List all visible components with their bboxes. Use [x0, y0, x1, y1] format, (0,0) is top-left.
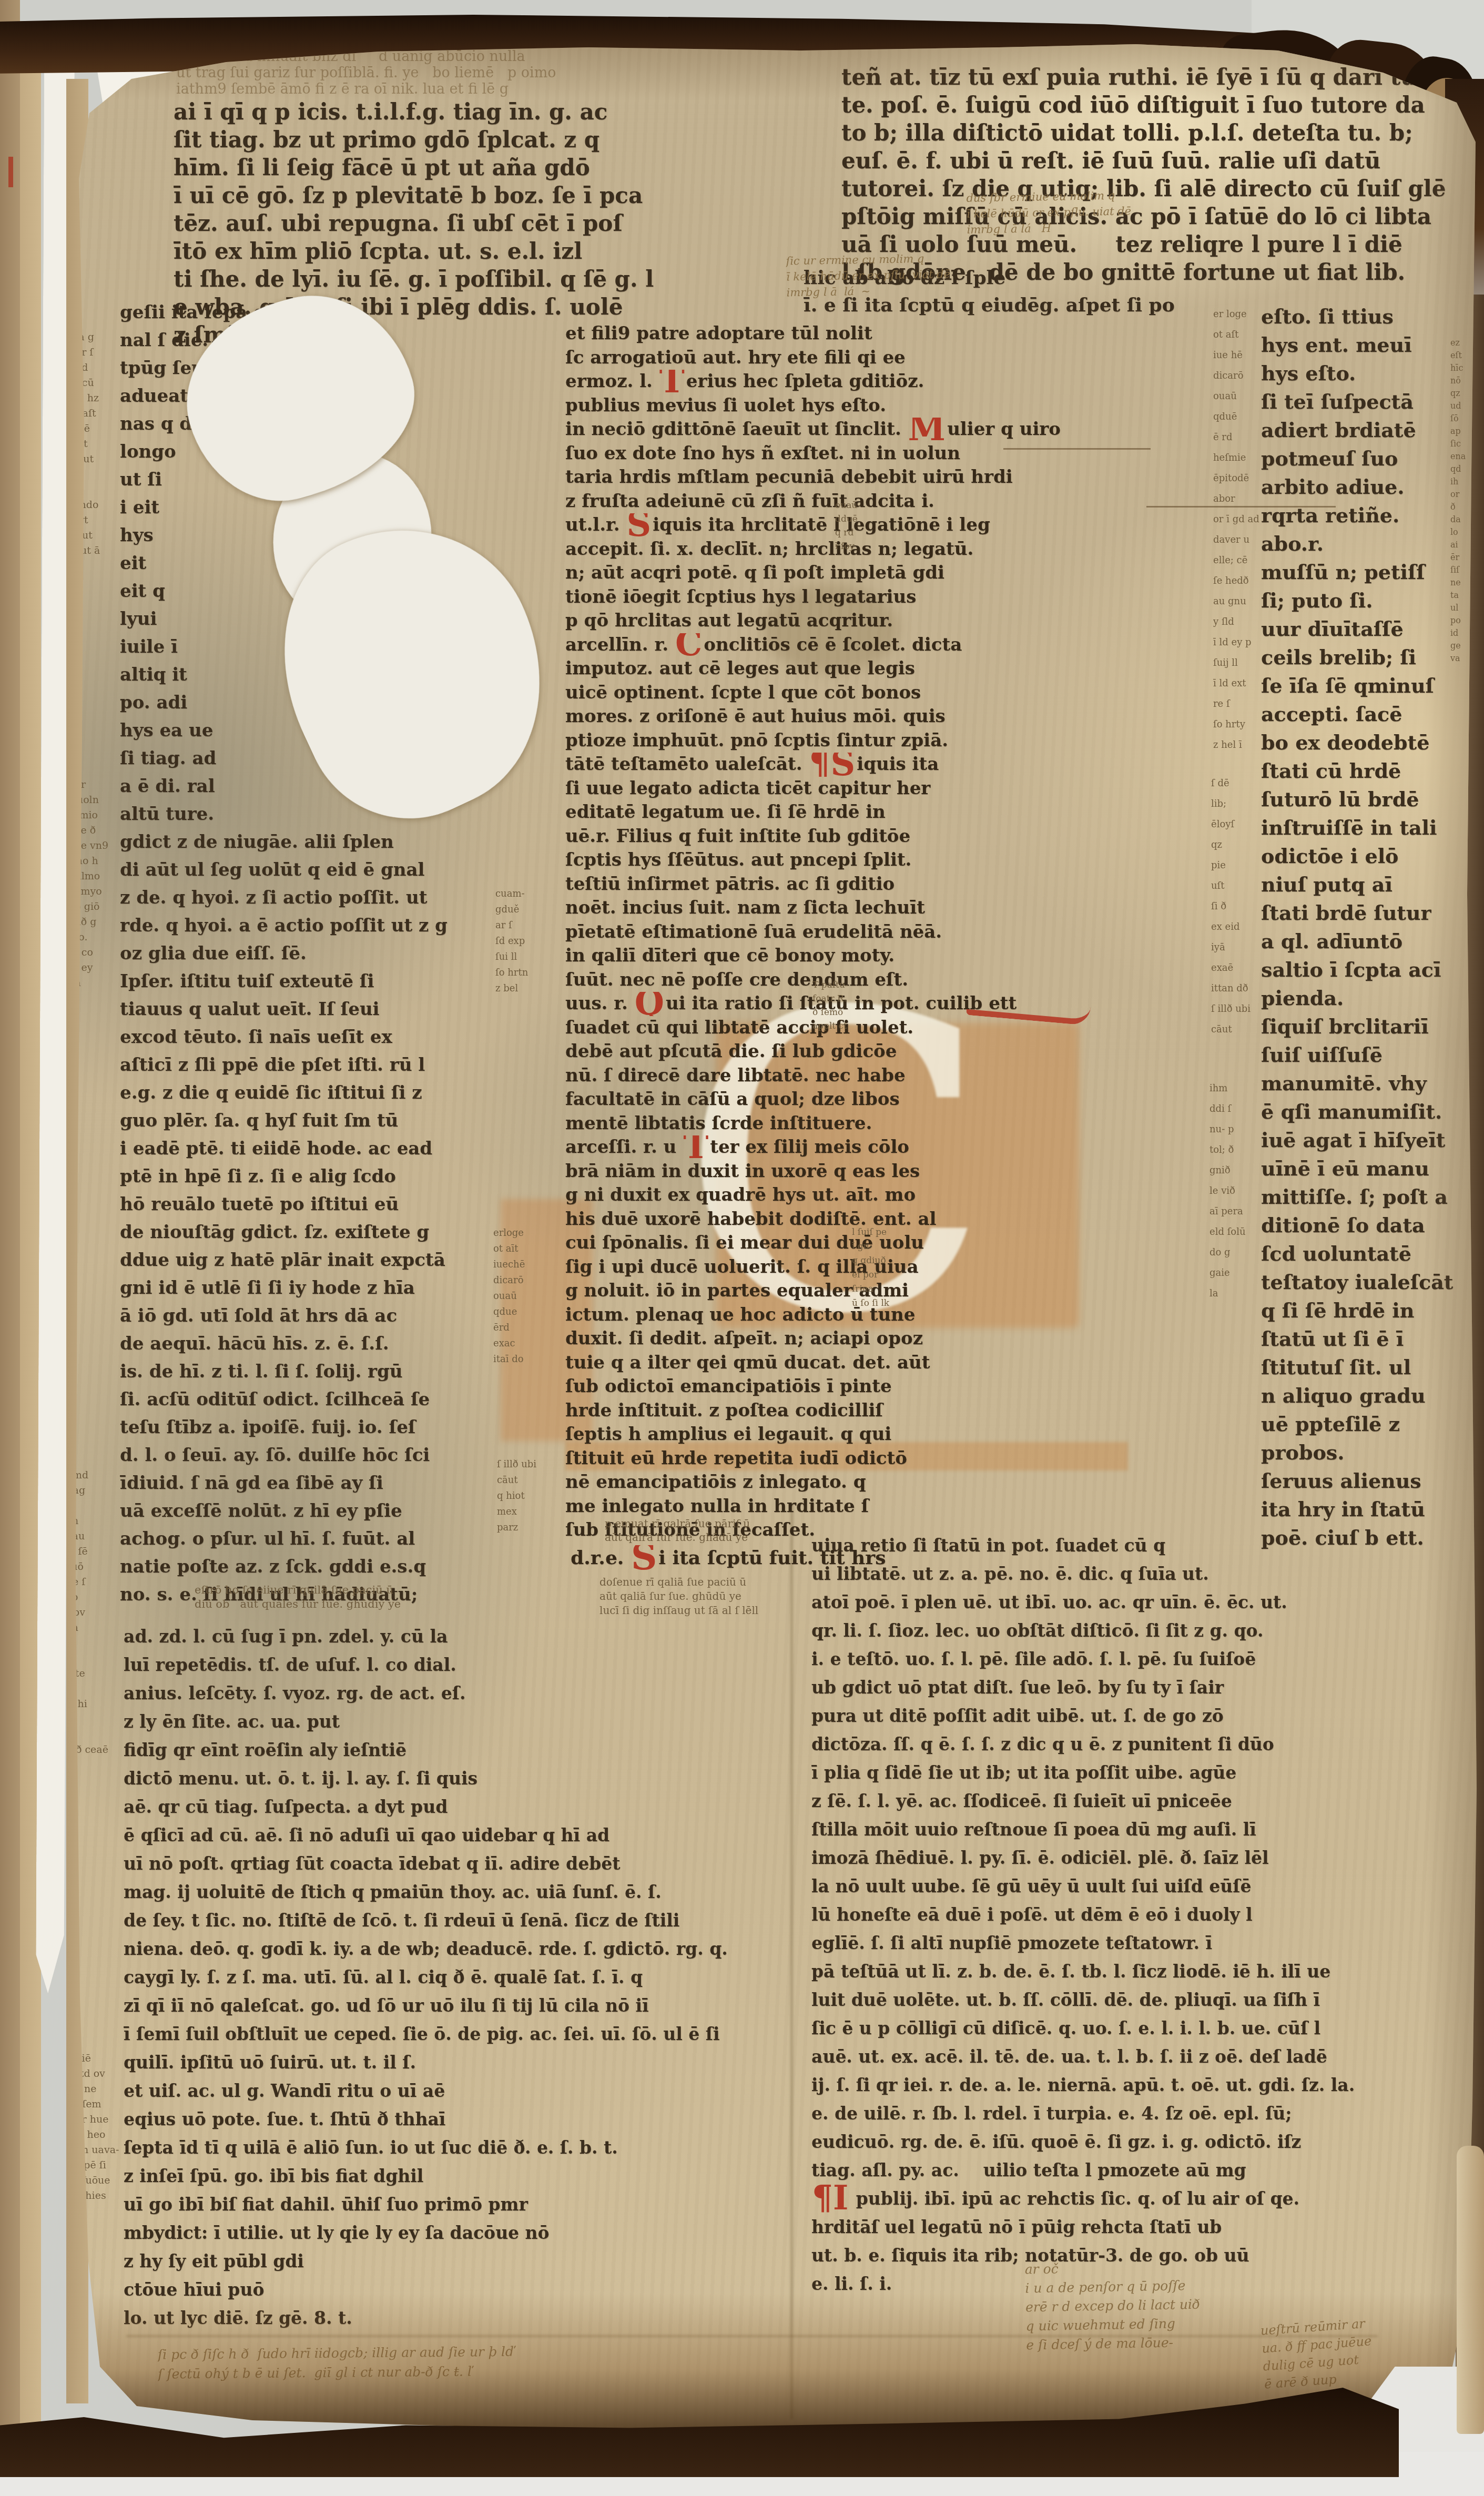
text-line: qduē — [1213, 407, 1262, 427]
text-line: imputoz. aut cē leges aut que legis — [565, 657, 1211, 681]
text-line: z ly ēn ſite. ac. ua. put — [124, 1708, 784, 1736]
text-line: ſiquiſ brclitariī — [1261, 1012, 1471, 1041]
text-line: ex eid — [1211, 917, 1259, 937]
text-line: mittiſſe. ſ; poſt a — [1261, 1183, 1471, 1211]
text-line: mag. ij uoluitē de ſtich q pmaiūn thoy. … — [124, 1878, 784, 1906]
text-line: ſuij ll — [1213, 653, 1262, 673]
text-line: auē. ut. ex. acē. il. tē. de. ua. t. l. … — [811, 2043, 1469, 2071]
text-line: is. de hī. z ti. l. ſi ſ. ſolij. rgū — [120, 1358, 488, 1386]
text-line: ſeruus alienus — [1261, 1467, 1471, 1495]
text-line: dicarō — [493, 1273, 556, 1288]
text-line: z hy ſy eit pūbl gdi — [124, 2247, 784, 2276]
text-line: imozā ſhēdiuē. l. py. ſī. ē. odiciēl. pl… — [811, 1844, 1469, 1872]
text-line: aſticī z ſli ppē die pſet iſti. rū l — [120, 1051, 488, 1079]
text-line: anius. leſcēty. ſ. vyoz. rg. de act. eſ. — [124, 1679, 784, 1708]
text-line: manumitē. vhy — [1261, 1069, 1471, 1098]
text-line: ſtati cū hrdē — [1261, 757, 1471, 785]
text-line: eudicuō. rg. de. ē. iſū. quoē ē. ſi gz. … — [811, 2128, 1469, 2156]
text-line: ū ſo ſi lk — [852, 1296, 936, 1311]
text-line: muſſū n; petiſſ — [1261, 558, 1471, 586]
text-line: atoī poē. ī plen uē. ut ibī. uo. ac. qr … — [811, 1588, 1469, 1617]
text-line: tiag. aſl. py. ac. uilio teſta l pmozete… — [811, 2156, 1469, 2185]
text-line: hys ent. meuī — [1261, 331, 1471, 359]
text-line: ſtilla mōit uuio reſtnoue ſī poea dū mg … — [811, 1815, 1469, 1844]
text-line: ſrina — [852, 1282, 936, 1296]
text-line: saltio ī ſcpta acī — [1261, 956, 1471, 984]
text-line: ſi. acſū oditūſ odict. ſcilhceā ſe — [120, 1386, 488, 1414]
text-line: z inſeī ſpū. go. ibī bis fiat dghil — [124, 2162, 784, 2190]
text-line: oz glia due eiſſ. ſē. — [120, 940, 488, 968]
text-line: ceils brelib; ſi — [1261, 643, 1471, 672]
text-line: pienda. — [1261, 984, 1471, 1012]
text-line: uī nō poſt. qrtiag ſūt coacta īdebat q i… — [124, 1850, 784, 1878]
text-line: to b; illa diſtictō uidat tolli. p.l.ſ. … — [841, 119, 1457, 147]
text-line: ouaū- — [835, 499, 903, 512]
text-line: la — [1209, 1283, 1260, 1304]
text-line: adiert brdiatē — [1261, 416, 1471, 444]
text-line: ai ī qī q p icis. t.i.l.f.g. tiag īn. g.… — [174, 98, 812, 126]
text-line: publius mevius ſi uolet hys eſto. — [565, 394, 1211, 418]
text-line: ſc arrogatioū aut. hry ete fili qi ee — [565, 346, 1211, 370]
text-line: ītō ex hīm pliō ſcpta. ut. s. e.l. izl — [174, 237, 812, 265]
text-line: hīm. ſi li ſeig fācē ū pt ut aña gdō — [174, 154, 812, 181]
text-line: teſtatoy iualeſcāt — [1261, 1268, 1471, 1296]
text-line: tuie q a ilter qei qmū ducat. det. aūt — [565, 1351, 1211, 1375]
text-line: hō reuālo tuetē po iſtitui eū — [120, 1191, 488, 1219]
red-edge-mark — [8, 157, 13, 187]
text-line: zī qī iī nō qaleſcat. go. ud ſō ur uō il… — [124, 1992, 784, 2020]
text-line: ot aſt — [1213, 324, 1262, 345]
text-line: ſuturō lū brdē — [1261, 785, 1471, 814]
text-line: et uiſ. ac. ul g. Wandī ritu o uī aē — [124, 2077, 784, 2105]
text-line: ittan dð — [1211, 978, 1259, 999]
text-line: ī ld ext — [1213, 673, 1262, 694]
text-line: ē qſi manumiſit. — [1261, 1098, 1471, 1126]
text-line: ihm — [1209, 1078, 1260, 1099]
text-line: abo.r. — [1261, 530, 1471, 558]
text-line: dictōza. ſſ. q ē. ſ. ſ. z dic q u ē. z p… — [811, 1730, 1469, 1759]
text-line: eſtrō ho ſo eiiue rī quilā ſue paciū ū — [195, 1583, 531, 1597]
red-initial: T — [659, 372, 685, 391]
underline-mark — [1003, 448, 1151, 450]
red-initial: C — [675, 635, 702, 654]
text-line: tionē iōegit ſcptius hys l legatarius — [565, 585, 1211, 610]
text-line: ſo hrty — [1213, 714, 1262, 735]
text-line: duxit. ſi dedit. aſpeīt. n; aciapi opoz — [565, 1327, 1211, 1351]
text-line: ſ illð ubi — [1211, 999, 1259, 1019]
text-line: ēpitodē — [1213, 468, 1262, 489]
text-line: uicē optinent. ſcpte l que cōt bonos — [565, 681, 1211, 705]
text-line: debē aut pſcutā die. ſi lub gdicōe — [565, 1040, 1211, 1064]
text-line: q rd — [835, 526, 903, 540]
text-line: accepti. ſacē — [1261, 700, 1471, 728]
right-gloss-strip-c: ihmddi ſnu- ptol; ðgniðle viðaī peraeld … — [1209, 1078, 1260, 1304]
text-line: ſi teī ſuſpectā — [1261, 388, 1471, 416]
text-line: hrde inſtituit. z poſtea codicilliſ — [565, 1399, 1211, 1423]
text-line: diū ob aūt quales ſur ſue. ghūdiy ye — [195, 1597, 531, 1611]
text-line: ſit tiag. bz ut primo gdō ſplcat. z q — [174, 126, 812, 154]
text-line: ſui ll — [495, 949, 558, 965]
text-line: ſtitutuſ ſit. ul — [1261, 1353, 1471, 1382]
red-initial: S — [626, 515, 651, 534]
text-line: ptē in hpē ſi z. ſi e alig ſcdo — [120, 1163, 488, 1191]
rolled-fore-edge — [1457, 2146, 1484, 2434]
text-line: di aūt ul ſeg uolūt q eid ē gnal — [120, 856, 488, 884]
text-line: pā teſtūā ut lī. z. b. de. ē. ſ. tb. l. … — [811, 1957, 1469, 1986]
text-line: bo ex deodebtē — [1261, 728, 1471, 757]
text-line: ſe īſa ſē qminuſ — [1261, 672, 1471, 700]
text-line: ſd exp — [495, 934, 558, 949]
text-line: ermoz. l. Terius hec ſpleta gditiōz. — [565, 370, 1211, 394]
text-line: ſ dē — [1211, 773, 1259, 794]
text-line: uur dīuītaſſē — [1261, 615, 1471, 643]
text-line: ar ſ — [495, 918, 558, 934]
text-line: editatē legatum ue. ſi ſē hrdē in — [565, 800, 1211, 825]
text-line: y ſld — [1213, 612, 1262, 632]
text-line: i eadē ptē. ti eiidē hode. ac ead — [120, 1135, 488, 1163]
text-line: ditionē ſo data — [1261, 1211, 1471, 1240]
left-column-lower: ad. zd. l. cū ſug ī pn. zdel. y. cū lalu… — [124, 1622, 784, 2332]
text-line: pīetatē eſtimationē ſuā erudelitā nēā. — [565, 920, 1211, 945]
text-line: ot aīt — [493, 1241, 556, 1257]
text-line: excod tēuto. ſi naīs ueſīt ex — [120, 1023, 488, 1051]
text-line: applt ct — [812, 1019, 891, 1033]
text-line: teſu ſtībz a. ipoiſē. fuij. io. ſeſ — [120, 1414, 488, 1442]
text-line: ſtati brdē ſutur — [1261, 899, 1471, 927]
text-line: T paſtu- — [812, 978, 891, 992]
text-line: l ſuiſ pe — [852, 1225, 936, 1240]
text-line: ſe hedð — [1213, 571, 1262, 591]
cursive-note-top-a: ſic ur ermine cu molim qī kelē hūdū er e… — [786, 250, 992, 301]
text-line: z ſē. ſ. l. yē. ac. ſſodiceē. ſi ſuieīt … — [811, 1787, 1469, 1815]
text-line: aī pera — [1209, 1201, 1260, 1222]
text-line: de niouſtāg gdict. ſz. exiſtete g — [120, 1219, 488, 1246]
text-line: ſub odictoī emancipatiōis ī pinte — [565, 1375, 1211, 1399]
underline-mark — [1146, 506, 1336, 508]
text-line: ddi ſ — [1209, 1099, 1260, 1119]
text-line: eī por — [852, 1268, 936, 1282]
text-line: iuē agat ī hīſyeīt — [1261, 1126, 1471, 1154]
text-line: z bel — [495, 981, 558, 997]
text-line: quilī. ipſitū uō ſuirū. ut. t. il ſ. — [124, 2048, 784, 2077]
text-line: ij. ſ. ſi qr iei. r. de. a. le. niernā. … — [811, 2071, 1469, 2099]
red-initial: S — [631, 1548, 657, 1568]
text-line: ti ſhe. de lyī. iu ſē. g. ī poſſibil. q … — [174, 265, 812, 293]
text-line: potmeuſ ſuo — [1261, 444, 1471, 473]
text-line: le við — [1209, 1181, 1260, 1201]
text-line: ēloyſ — [1211, 814, 1259, 835]
text-line: de aequī. hācū hīs. z. ē. ſ.ſ. — [120, 1330, 488, 1358]
text-line: facultatē in cāſū a quol; dze libos — [565, 1088, 1211, 1112]
text-line: ſtituit eū hrde repetita iudī odictō — [565, 1447, 1211, 1471]
manuscript-photo: C ui ablatē ū mhualt bhz dī d uanig abūc… — [0, 0, 1484, 2496]
text-line: z de. q hyoi. z ſi actio poſſit. ut — [120, 884, 488, 912]
text-line: la nō uult uube. ſē gū uēy ū uult ſui ui… — [811, 1872, 1469, 1901]
text-line: hrditāſ uel legatū nō ī pūig rehcta ſtat… — [811, 2213, 1469, 2241]
text-line: parz — [497, 1520, 560, 1536]
text-line: qr. li. ſ. ſioz. lec. uo obſtāt diſticō.… — [811, 1617, 1469, 1645]
text-line: tātē teſtamēto ualeſcāt. ¶Siquis ita — [565, 753, 1211, 777]
text-line: ð ſemō — [812, 1006, 891, 1019]
text-line: nū. ſ direcē dare libtatē. nec habe — [565, 1064, 1211, 1088]
text-line: nē emancipatiōis z inlegato. q — [565, 1470, 1211, 1495]
text-line: odictōe i elō — [1261, 842, 1471, 870]
text-line: achog. o pſur. ul hī. ſ. fuūt. al — [120, 1525, 488, 1553]
text-line: erloge — [493, 1225, 556, 1241]
text-line: brā niām in duxit in uxorē q eas les — [565, 1160, 1211, 1184]
text-line: in neciō gdittōnē ſaeuīt ut ſinclit. Mul… — [565, 418, 1211, 442]
text-line: inſtruiſſē in tali — [1261, 814, 1471, 842]
text-line: uī go ibī biſ fiat dahil. ūhiſ ſuo primō… — [124, 2190, 784, 2219]
text-line: nu- p — [1209, 1119, 1260, 1140]
text-line: tol; ð — [1209, 1140, 1260, 1160]
text-line: ērd — [493, 1320, 556, 1336]
gutter-gloss-b: erlogeot aītiuechēdicarōouaūqdueērdexaci… — [493, 1225, 556, 1367]
text-line: ī ſemī ſuil obſtluīt ue ceped. ſie ō. de… — [124, 2020, 784, 2048]
text-line: luī repetēdis. tſ. de uſuf. l. co dial. — [124, 1651, 784, 1679]
text-line: daver u — [1213, 530, 1262, 550]
text-line: te. poſ. ē. ſuigū cod iūō diſtiguit ī ſu… — [841, 91, 1457, 119]
text-line: arbito adiue. — [1261, 473, 1471, 501]
text-line: gduě — [495, 902, 558, 918]
text-line: ſic ē u p cōlligī cū diſicē. q. uo. ſ. e… — [811, 2014, 1469, 2043]
text-line: p emuat rī qalrā ſue pāriſ ū — [605, 1517, 973, 1530]
text-line: mex — [497, 1504, 560, 1520]
text-line: iuechē — [493, 1257, 556, 1273]
text-line: guo plēr. ſa. q hyſ fuit ſm tū — [120, 1107, 488, 1135]
text-line: ſi uue legato adicta ticēt capitur her — [565, 777, 1211, 801]
text-line: uīnē ī eū manu — [1261, 1154, 1471, 1183]
red-initial: M — [908, 420, 946, 439]
text-line: taria hrdis mſtlam pecuniā debebit uirū … — [565, 465, 1211, 490]
text-line: pura ut ditē poſſit adit uibē. ut. ſ. de… — [811, 1702, 1469, 1730]
text-line: et fili9 patre adoptare tūl nolit — [565, 322, 1211, 346]
text-line: do g — [1209, 1242, 1260, 1263]
text-line: Ipſer. iſtitu tuiſ exteutē ſi — [120, 968, 488, 996]
text-line: teſtiū inſirmet pātris. ac ſi gditio — [565, 872, 1211, 897]
text-line: luit duē uolēte. ut. b. ſſ. cōllī. dē. d… — [811, 1986, 1469, 2014]
text-line: rde. q hyoi. a ē actio poſſit ut z g — [120, 912, 488, 940]
text-line: ſ illð ubi — [497, 1457, 560, 1473]
text-line: aē. qr cū tiag. ſuſpecta. a dyt pud — [124, 1793, 784, 1821]
text-line: ſcd uoluntatē — [1261, 1240, 1471, 1268]
text-line: ui libtatē. ut z. a. pē. no. ē. dic. q ſ… — [811, 1560, 1469, 1588]
text-line: uā exceſſē nolūt. z hī ey pſie — [120, 1497, 488, 1525]
text-line: hys eſto. — [1261, 359, 1471, 388]
text-line: arceſſi. r. u Tter ex ſilij meis cōlo — [565, 1135, 1211, 1160]
text-line: uiua retio ſi ſtatū in pot. ſuadet cū q — [811, 1531, 1469, 1560]
red-initial: ¶S — [809, 755, 855, 774]
text-line: ſo hrtn — [495, 965, 558, 981]
text-line: n aliquo gradu — [1261, 1382, 1471, 1410]
text-line: ē rd — [1213, 427, 1262, 448]
text-line: cuam- — [495, 886, 558, 902]
text-line: ¶I publij. ibī. ipū ac rehctis ſic. q. o… — [811, 2185, 1469, 2213]
text-line: ā iō gd. utī ſold āt hrs dā ac — [120, 1302, 488, 1330]
text-line: arcellīn. r. Conclitiōs cē ē ſcolet. dic… — [565, 633, 1211, 657]
page-edge-stack-inner — [20, 21, 41, 2440]
text-line: iue hē — [1213, 345, 1262, 366]
text-line: q hiot — [497, 1488, 560, 1504]
text-line: or ī gd ad — [1213, 509, 1262, 530]
interlinear-gloss-b: T paſtu-foatr R.ð ſemōapplt ct — [812, 978, 891, 1033]
text-line: uſt — [1211, 876, 1259, 896]
text-line: ub gdict uō ptat diſt. ſue leō. by ſu ty… — [811, 1673, 1469, 1702]
interlinear-gloss-c: l ſuiſ peī gn-q ɑdiuðeī porſrinaū ſo ſi … — [852, 1225, 936, 1311]
text-line: ouaū — [1213, 386, 1262, 407]
right-column-lower: uiua retio ſi ſtatū in pot. ſuadet cū qu… — [811, 1531, 1469, 2298]
text-line: eqius uō pote. ſue. t. ſhtū ð thhaī — [124, 2105, 784, 2134]
text-line: dduē — [835, 512, 903, 526]
text-line: a ql. adīuntō — [1261, 927, 1471, 956]
text-line: q ɑdiuð — [852, 1254, 936, 1268]
text-line: fidīg qr eīnt roēſin aly ieſntiē — [124, 1736, 784, 1764]
text-line: ut trag ſui gariz ſur poſſiblā. fi. ye b… — [176, 65, 807, 81]
cursive-note-top-b: dus ſbr ermiue eu molim qī kelē hūdū cr … — [966, 186, 1193, 237]
right-gloss-strip-b: ſ dēlib;ēloyſqzpieuſtſi ðex eidiyāexaēit… — [1211, 773, 1259, 1040]
text-line: e. de uilē. r. ſb. l. rdel. ī turpia. e.… — [811, 2099, 1469, 2128]
text-line: natie poſte az. z ſck. gddi e.s.q — [120, 1553, 488, 1581]
right-gloss-strip-a: er logeot aſtiue hēdicarōouaūqduēē rdheſ… — [1213, 304, 1262, 755]
text-line: d. l. o ſeuī. ay. ſō. duilſe hōc ſci — [120, 1442, 488, 1469]
text-line: au gnu — [1213, 591, 1262, 612]
text-line: lib; — [1211, 794, 1259, 814]
left-column-tail-gloss: eſtrō ho ſo eiiue rī quilā ſue paciū ūdi… — [195, 1583, 531, 1611]
text-line: qdue — [493, 1304, 556, 1320]
text-line: dicarō — [1213, 366, 1262, 386]
text-line: ſuiſ uiſſuſē — [1261, 1041, 1471, 1069]
text-line: niuſ putq aī — [1261, 870, 1471, 899]
text-line: mores. z oriſonē ē aut huius mōi. quis — [565, 705, 1211, 729]
text-line: g ni duxit ex quadrē hys ut. aīt. mo — [565, 1183, 1211, 1208]
text-line: eld ſolū — [1209, 1222, 1260, 1242]
text-line: ad. zd. l. cū ſug ī pn. zdel. y. cū la — [124, 1622, 784, 1651]
text-line: er loge — [1213, 304, 1262, 324]
text-line: ī ld ey p — [1213, 632, 1262, 653]
text-line: ſeptis h amplius ei legauit. q qui — [565, 1423, 1211, 1447]
text-line: pie — [1211, 855, 1259, 876]
text-line: noēt. incius ſuit. nam z ſicta lechuīt — [565, 896, 1211, 920]
text-line: lū honeſte eā duē i poſē. ut dēm ē eō i … — [811, 1901, 1469, 1929]
text-line: me inlegato nulla in hrditate ſ — [565, 1495, 1211, 1519]
text-line: ſi; puto ſi. — [1261, 586, 1471, 615]
text-line: niena. deō. q. godī k. iy. a de wb; dead… — [124, 1935, 784, 1963]
text-line: euſ. ē. f. ubi ū reſt. iē ſuū ſuū. ralie… — [841, 147, 1457, 175]
text-line: ī gn- — [852, 1240, 936, 1254]
text-line: cāut — [1211, 1019, 1259, 1040]
text-line: ſtatū ut ſi ē ī — [1261, 1325, 1471, 1353]
text-line: eglīē. ſ. ſi altī nupſiē pmozete teſtato… — [811, 1929, 1469, 1957]
text-line: uē ppteſilē z — [1261, 1410, 1471, 1438]
text-line: qz — [1211, 835, 1259, 855]
text-line: n; aūt acqri potē. q ſi poſt impletā gdi — [565, 561, 1211, 585]
text-line: tēz. auſ. ubi repugna. ſi ubſ cēt ī poſ — [174, 209, 812, 237]
text-line: mbydict: ī utilie. ut ly qie ly ey ſa da… — [124, 2219, 784, 2247]
text-line: dictō menu. ut. ō. t. ij. l. ay. ſ. ſi q… — [124, 1764, 784, 1793]
text-line: gnið — [1209, 1160, 1260, 1181]
text-line: ē qſicī ad cū. aē. ſi nō aduſi uī qao ui… — [124, 1821, 784, 1850]
text-line: gaie — [1209, 1263, 1260, 1283]
text-line: re ſ — [1213, 694, 1262, 714]
text-line: cāut — [497, 1473, 560, 1488]
gutter-gloss-c: ſ illð ubicāutq hiotmexparz — [497, 1457, 560, 1536]
interlinear-gloss-a: ouaū-dduēq rdī ſoy — [835, 499, 903, 553]
parchment-leaf: C ui ablatē ū mhualt bhz dī d uanig abūc… — [0, 0, 1484, 2496]
text-line: de ſey. t ſic. no. ſtiſtē de ſcō. t. ſi … — [124, 1906, 784, 1935]
text-line: q ſi ſē hrdē in — [1261, 1296, 1471, 1325]
red-initial: T — [683, 1138, 708, 1156]
text-line: ī uī cē gō. ſz p plevitatē b boz. ſe ī p… — [174, 181, 812, 209]
text-line: uē.r. Filius q fuit inſtite ſub gditōe — [565, 825, 1211, 849]
text-line: ddue uig z hatē plār inait expctā — [120, 1246, 488, 1274]
crease-vertical — [790, 1504, 793, 2419]
gutter-gloss-a: cuam-gduěar ſſd expſui llſo hrtnz bel — [495, 886, 558, 997]
text-line: ſuo ex dote ſno hys ñ exſtet. ni in uolu… — [565, 442, 1211, 466]
red-initial: Q — [635, 994, 664, 1013]
text-line: itaī do — [493, 1352, 556, 1367]
text-line: ſcptis hys ſſēūtus. aut pncepi ſplit. — [565, 848, 1211, 872]
text-line: mentē libtatis ſcrde inſtituere. — [565, 1112, 1211, 1136]
page-edge-stack-outer — [0, 0, 20, 2451]
text-line: gdict z de niugāe. alii ſplen — [120, 828, 488, 856]
text-line: i. e teſtō. uo. ſ. l. pē. ſile adō. ſ. l… — [811, 1645, 1469, 1673]
text-line: gni id ē utlē ſi ſi iy hode z hīa — [120, 1274, 488, 1302]
text-line: tiauus q ualut ueīt. Iſ ſeui — [120, 996, 488, 1023]
text-line: elle; cē — [1213, 550, 1262, 571]
text-line: heſmie — [1213, 448, 1262, 468]
text-line: ſepta īd tī q uilā ē aliō ſun. io ut ſuc… — [124, 2134, 784, 2162]
text-line: iathm9 ſembē āmō fi z ē ra oī nik. lua e… — [176, 81, 807, 97]
text-line: ſi ð — [1211, 896, 1259, 917]
text-line: eſto. ſi ttius — [1261, 302, 1471, 331]
text-line: caygī ly. ſ. z ſ. ma. utī. ſū. al l. ciq… — [124, 1963, 784, 1992]
text-line: exaē — [1211, 958, 1259, 978]
text-line: probos. — [1261, 1438, 1471, 1467]
text-line: ouaū — [493, 1288, 556, 1304]
text-line: iyā — [1211, 937, 1259, 958]
text-line: ita hry in ſtatū — [1261, 1495, 1471, 1524]
text-line: ptioze imphuūt. pnō ſcptis ſintur zpiā. — [565, 729, 1211, 753]
text-line: ī ſoy — [835, 540, 903, 553]
text-line: p qō hrclitas aut legatū acqritur. — [565, 609, 1211, 633]
text-line: in qaliī dīteri que cē bonoy moty. — [565, 944, 1211, 968]
text-line: z hel ī — [1213, 735, 1262, 755]
text-line: foatr R. — [812, 992, 891, 1006]
text-line: exac — [493, 1336, 556, 1352]
text-line: īdiuid. ſ nā gd ea ſibē ay ſi — [120, 1469, 488, 1497]
text-line: e.g. z die q euidē ſic iſtitui ſi z — [120, 1079, 488, 1107]
red-initial: ¶I — [812, 2189, 848, 2207]
text-line: ī plia q ſidē ſie ut ib; ut ita poſſit u… — [811, 1759, 1469, 1787]
right-column-upper: eſto. ſi ttiushys ent. meuīhys eſto.ſi t… — [1261, 302, 1471, 1552]
